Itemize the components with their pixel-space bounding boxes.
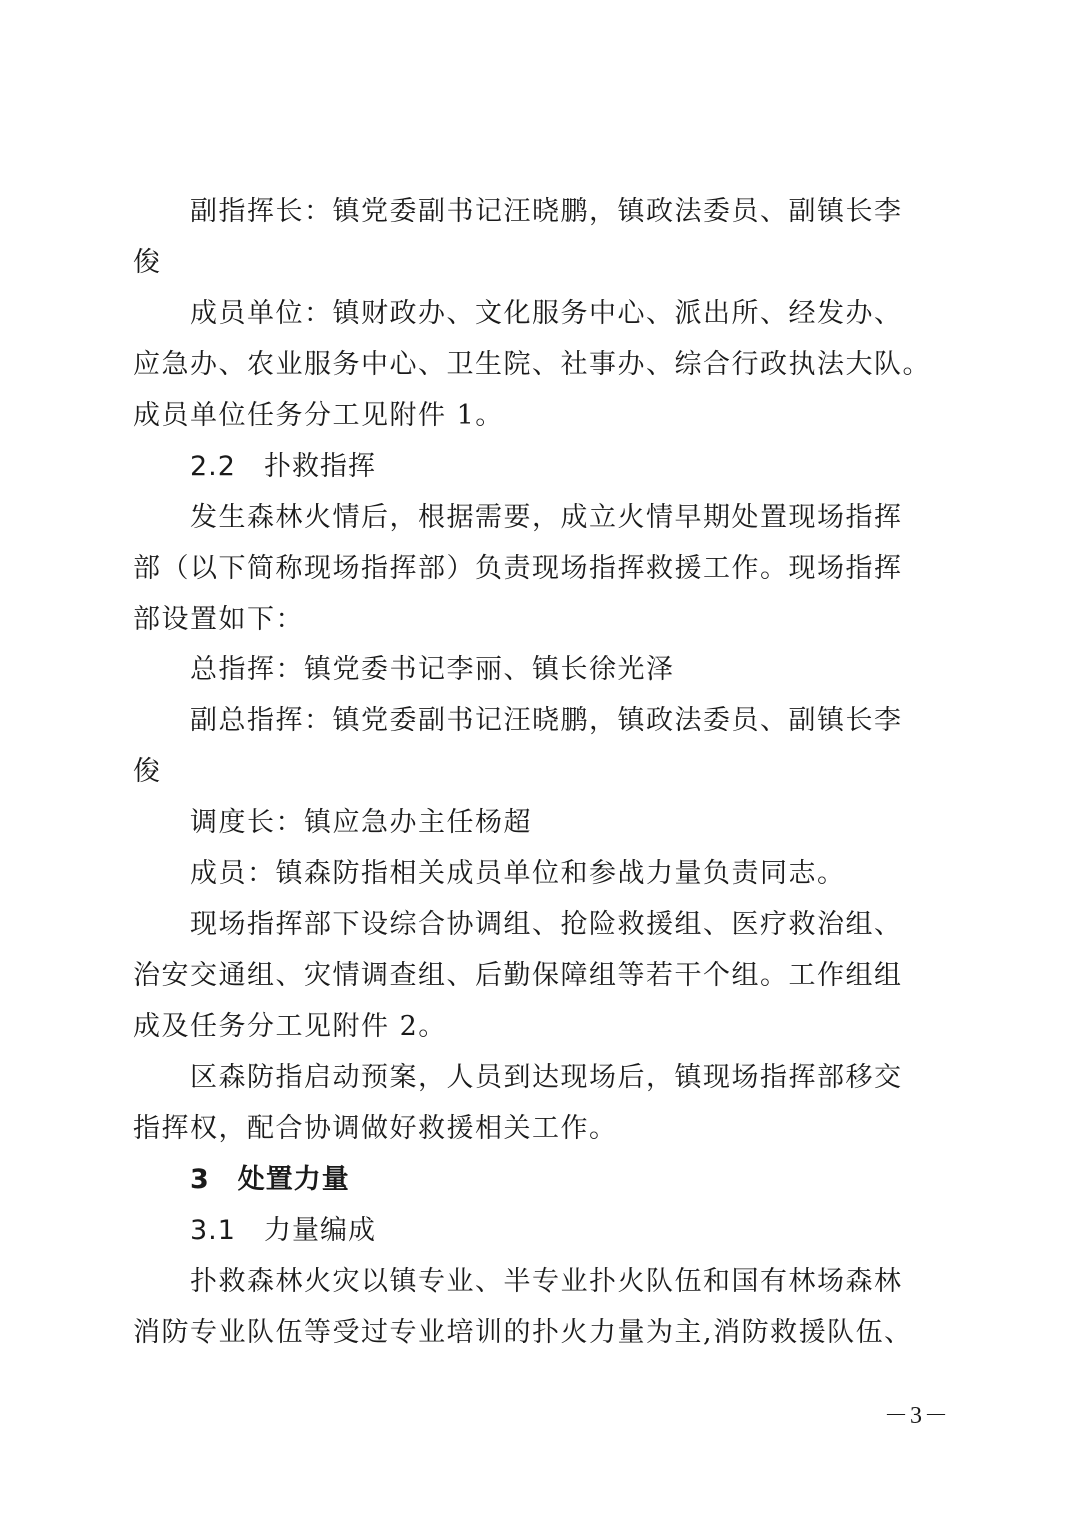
paragraph-line: 总指挥：镇党委书记李丽、镇长徐光泽 bbox=[190, 652, 675, 688]
paragraph-line: 现场指挥部下设综合协调组、抢险救援组、医疗救治组、 bbox=[190, 907, 903, 943]
paragraph-line: 成员单位任务分工见附件 1。 bbox=[133, 398, 504, 434]
paragraph-line: 调度长：镇应急办主任杨超 bbox=[190, 805, 532, 841]
paragraph-line: 成员：镇森防指相关成员单位和参战力量负责同志。 bbox=[190, 856, 846, 892]
paragraph-line: 副指挥长：镇党委副书记汪晓鹏，镇政法委员、副镇长李 bbox=[190, 194, 903, 230]
paragraph-line: 副总指挥：镇党委副书记汪晓鹏，镇政法委员、副镇长李 bbox=[190, 703, 903, 739]
paragraph-line: 区森防指启动预案，人员到达现场后，镇现场指挥部移交 bbox=[190, 1060, 903, 1096]
paragraph-line: 消防专业队伍等受过专业培训的扑火力量为主,消防救援队伍、 bbox=[133, 1315, 913, 1351]
paragraph-line: 俊 bbox=[133, 245, 162, 281]
paragraph-line: 俊 bbox=[133, 754, 162, 790]
section-heading-3: 3 处置力量 bbox=[190, 1162, 350, 1198]
document-page: 副指挥长：镇党委副书记汪晓鹏，镇政法委员、副镇长李 俊 成员单位：镇财政办、文化… bbox=[0, 0, 1074, 1520]
paragraph-line: 指挥权，配合协调做好救援相关工作。 bbox=[133, 1111, 618, 1147]
paragraph-line: 部（以下简称现场指挥部）负责现场指挥救援工作。现场指挥 bbox=[133, 551, 903, 587]
paragraph-line: 应急办、农业服务中心、卫生院、社事办、综合行政执法大队。 bbox=[133, 347, 931, 383]
page-number: －3－ bbox=[884, 1395, 950, 1430]
paragraph-line: 扑救森林火灾以镇专业、半专业扑火队伍和国有林场森林 bbox=[190, 1264, 903, 1300]
paragraph-line: 发生森林火情后，根据需要，成立火情早期处置现场指挥 bbox=[190, 500, 903, 536]
paragraph-line: 成员单位：镇财政办、文化服务中心、派出所、经发办、 bbox=[190, 296, 903, 332]
section-heading-3-1: 3.1 力量编成 bbox=[190, 1213, 376, 1249]
paragraph-line: 部设置如下： bbox=[133, 602, 304, 638]
paragraph-line: 成及任务分工见附件 2。 bbox=[133, 1009, 447, 1045]
section-heading-2-2: 2.2 扑救指挥 bbox=[190, 449, 376, 485]
paragraph-line: 治安交通组、灾情调查组、后勤保障组等若干个组。工作组组 bbox=[133, 958, 903, 994]
